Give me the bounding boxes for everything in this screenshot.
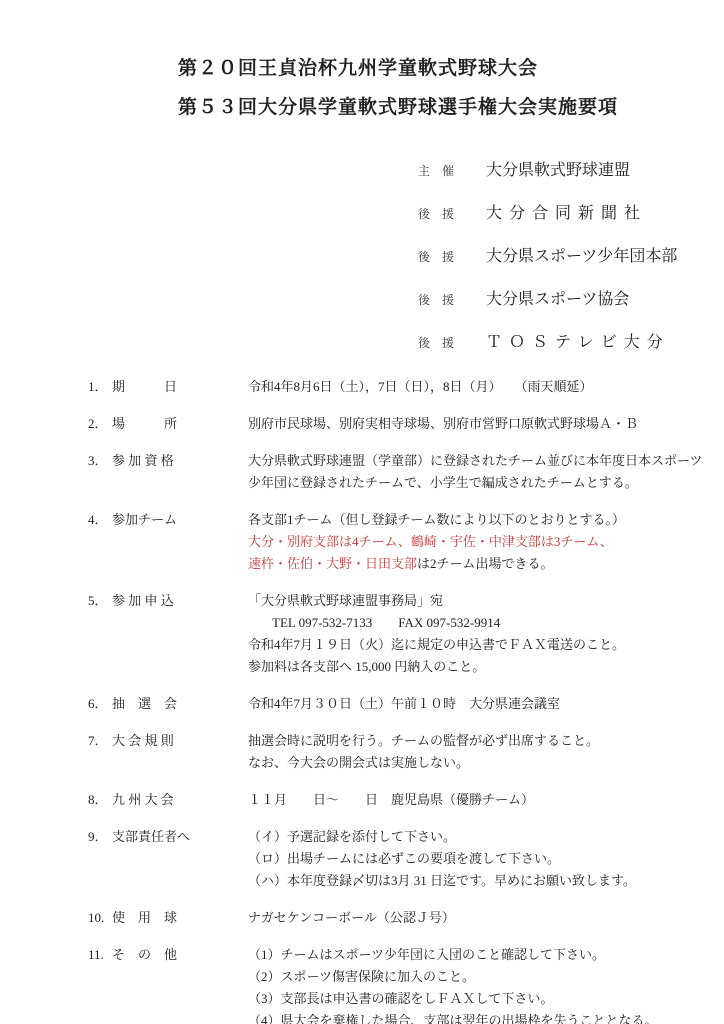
item-content: ナガセケンコーボール（公認Ｊ号） [248, 907, 455, 929]
sponsor-row: 後 援 大分合同新聞社 [418, 200, 724, 223]
item-text-segment: 令和4年7月１９日（火）迄に規定の申込書でＦＡＸ電送のこと。 [248, 637, 625, 652]
document-page: 第２０回王貞治杯九州学童軟式野球大会 第５３回大分県学童軟式野球選手権大会実施要… [0, 0, 724, 1024]
item-text-line: 参加料は各支部へ 15,000 円納入のこと。 [248, 656, 625, 678]
item-text-segment-red: 大分・別府支部は4チーム、鶴崎・宇佐・中津支部は3チーム、 [248, 534, 613, 549]
item-text-segment: 各支部1チーム（但し登録チーム数により以下のとおりとする。） [248, 512, 625, 527]
item-row: 9． 支部責任者へ （イ）予選記録を添付して下さい。 （ロ）出場チームには必ずこ… [88, 826, 724, 892]
item-label: 参 加 資 格 [112, 450, 212, 494]
item-text-line: （1）チームはスポーツ少年団に入団のこと確認して下さい。 [248, 944, 658, 966]
item-text-line: TEL 097-532-7133 FAX 097-532-9914 [248, 612, 625, 634]
item-text-line: （2）スポーツ傷害保険に加入のこと。 [248, 966, 658, 988]
item-text-line: （3）支部長は申込書の確認をしＦＡＸして下さい。 [248, 988, 658, 1010]
item-content: 各支部1チーム（但し登録チーム数により以下のとおりとする。） 大分・別府支部は4… [248, 509, 625, 575]
item-text-line: 大分・別府支部は4チーム、鶴崎・宇佐・中津支部は3チーム、 [248, 531, 625, 553]
item-row: 5． 参 加 申 込 「大分県軟式野球連盟事務局」宛 TEL 097-532-7… [88, 590, 724, 678]
item-text-segment: （3）支部長は申込書の確認をしＦＡＸして下さい。 [248, 991, 554, 1006]
item-label: 参 加 申 込 [112, 590, 212, 678]
item-number: 4． [88, 509, 112, 575]
sponsor-row: 後 援 大分県スポーツ協会 [418, 286, 724, 309]
item-row: 7． 大 会 規 則 抽選会時に説明を行う。チームの監督が必ず出席すること。 な… [88, 730, 724, 774]
item-text-line: ナガセケンコーボール（公認Ｊ号） [248, 907, 455, 929]
sponsor-role-label: 後 援 [418, 334, 462, 351]
sponsor-role-label: 後 援 [418, 248, 462, 265]
item-text-segment: 抽選会時に説明を行う。チームの監督が必ず出席すること。 [248, 733, 599, 748]
item-number: 6． [88, 693, 112, 715]
item-text-segment: 大分県軟式野球連盟（学童部）に登録されたチーム並びに本年度日本スポーツ [248, 453, 702, 468]
item-content: 大分県軟式野球連盟（学童部）に登録されたチーム並びに本年度日本スポーツ 少年団に… [248, 450, 702, 494]
item-text-segment: 「大分県軟式野球連盟事務局」宛 [248, 593, 443, 608]
item-label: 支部責任者へ [112, 826, 212, 892]
item-label: そ の 他 [112, 944, 212, 1024]
item-row: 8． 九 州 大 会 １１月 日～ 日 鹿児島県（優勝チーム） [88, 789, 724, 811]
item-text-segment: （1）チームはスポーツ少年団に入団のこと確認して下さい。 [248, 947, 605, 962]
item-text-segment: は2チーム出場できる。 [417, 556, 554, 571]
sponsor-organization-name: ＴＯＳテレビ大分 [486, 329, 670, 352]
item-text-segment: （ハ）本年度登録〆切は3月 31 日迄です。早めにお願い致します。 [248, 873, 636, 888]
item-row: 10. 使 用 球 ナガセケンコーボール（公認Ｊ号） [88, 907, 724, 929]
item-text-segment: 令和4年8月6日（土），7日（日），8日（月） （雨天順延） [248, 379, 593, 394]
item-content: （イ）予選記録を添付して下さい。 （ロ）出場チームには必ずこの要項を渡して下さい… [248, 826, 636, 892]
item-text-line: （4）県大会を棄権した場合、支部は翌年の出場枠を失うこととなる。 [248, 1010, 658, 1024]
item-label: 場 所 [112, 413, 212, 435]
item-number: 10. [88, 907, 112, 929]
item-text-segment: 令和4年7月３０日（土）午前１０時 大分県連会議室 [248, 696, 560, 711]
item-row: 2． 場 所 別府市民球場、別府実相寺球場、別府市営野口原軟式野球場Ａ・Ｂ [88, 413, 724, 435]
item-text-segment: なお、今大会の開会式は実施しない。 [248, 755, 469, 770]
item-number: 3． [88, 450, 112, 494]
item-text-segment: （イ）予選記録を添付して下さい。 [248, 829, 456, 844]
page-title-line1: 第２０回王貞治杯九州学童軟式野球大会 [178, 56, 724, 82]
item-label: 期 日 [112, 376, 212, 398]
item-text-segment: 少年団に登録されたチームで、小学生で編成されたチームとする。 [248, 475, 638, 490]
sponsor-row: 主 催 大分県軟式野球連盟 [418, 157, 724, 180]
item-text-line: 速杵・佐伯・大野・日田支部は2チーム出場できる。 [248, 553, 625, 575]
item-content: （1）チームはスポーツ少年団に入団のこと確認して下さい。 （2）スポーツ傷害保険… [248, 944, 658, 1024]
sponsor-organization-name: 大分合同新聞社 [486, 200, 647, 223]
item-content: 「大分県軟式野球連盟事務局」宛 TEL 097-532-7133 FAX 097… [248, 590, 625, 678]
item-text-line: １１月 日～ 日 鹿児島県（優勝チーム） [248, 789, 534, 811]
item-row: 4． 参加チーム 各支部1チーム（但し登録チーム数により以下のとおりとする。） … [88, 509, 724, 575]
item-content: 令和4年8月6日（土），7日（日），8日（月） （雨天順延） [248, 376, 593, 398]
sponsor-row: 後 援 ＴＯＳテレビ大分 [418, 329, 724, 352]
item-text-line: 令和4年7月１９日（火）迄に規定の申込書でＦＡＸ電送のこと。 [248, 634, 625, 656]
item-number: 9． [88, 826, 112, 892]
item-text-line: （イ）予選記録を添付して下さい。 [248, 826, 636, 848]
item-label: 九 州 大 会 [112, 789, 212, 811]
item-number: 7． [88, 730, 112, 774]
sponsor-organization-name: 大分県スポーツ少年団本部 [486, 243, 677, 266]
item-number: 1． [88, 376, 112, 398]
item-number: 8． [88, 789, 112, 811]
item-text-segment: （ロ）出場チームには必ずこの要項を渡して下さい。 [248, 851, 560, 866]
sponsor-role-label: 後 援 [418, 291, 462, 308]
item-label: 抽 選 会 [112, 693, 212, 715]
item-text-line: （ロ）出場チームには必ずこの要項を渡して下さい。 [248, 848, 636, 870]
item-label: 大 会 規 則 [112, 730, 212, 774]
item-text-segment-red: 速杵・佐伯・大野・日田支部 [248, 556, 417, 571]
item-text-line: （ハ）本年度登録〆切は3月 31 日迄です。早めにお願い致します。 [248, 870, 636, 892]
item-text-segment: （2）スポーツ傷害保険に加入のこと。 [248, 969, 475, 984]
item-list: 1． 期 日 令和4年8月6日（土），7日（日），8日（月） （雨天順延） 2．… [88, 376, 724, 1024]
item-text-line: 別府市民球場、別府実相寺球場、別府市営野口原軟式野球場Ａ・Ｂ [248, 413, 638, 435]
item-text-segment: １１月 日～ 日 鹿児島県（優勝チーム） [248, 792, 534, 807]
item-text-segment: ナガセケンコーボール（公認Ｊ号） [248, 910, 455, 925]
item-row: 6． 抽 選 会 令和4年7月３０日（土）午前１０時 大分県連会議室 [88, 693, 724, 715]
item-content: 別府市民球場、別府実相寺球場、別府市営野口原軟式野球場Ａ・Ｂ [248, 413, 638, 435]
sponsor-row: 後 援 大分県スポーツ少年団本部 [418, 243, 724, 266]
item-text-segment: 別府市民球場、別府実相寺球場、別府市営野口原軟式野球場Ａ・Ｂ [248, 416, 638, 431]
item-text-line: 「大分県軟式野球連盟事務局」宛 [248, 590, 625, 612]
item-row: 3． 参 加 資 格 大分県軟式野球連盟（学童部）に登録されたチーム並びに本年度… [88, 450, 724, 494]
item-text-segment: 参加料は各支部へ 15,000 円納入のこと。 [248, 659, 485, 674]
item-number: 5． [88, 590, 112, 678]
item-text-line: 令和4年8月6日（土），7日（日），8日（月） （雨天順延） [248, 376, 593, 398]
sponsor-organization-name: 大分県軟式野球連盟 [486, 157, 630, 180]
item-text-line: 令和4年7月３０日（土）午前１０時 大分県連会議室 [248, 693, 560, 715]
sponsor-list: 主 催 大分県軟式野球連盟 後 援 大分合同新聞社 後 援 大分県スポーツ少年団… [418, 157, 724, 352]
item-number: 11. [88, 944, 112, 1024]
item-content: １１月 日～ 日 鹿児島県（優勝チーム） [248, 789, 534, 811]
item-text-line: なお、今大会の開会式は実施しない。 [248, 752, 599, 774]
page-title-line2: 第５３回大分県学童軟式野球選手権大会実施要項 [178, 95, 724, 121]
sponsor-role-label: 後 援 [418, 205, 462, 222]
item-text-segment: TEL 097-532-7133 FAX 097-532-9914 [272, 615, 500, 630]
item-text-line: 抽選会時に説明を行う。チームの監督が必ず出席すること。 [248, 730, 599, 752]
item-text-segment: （4）県大会を棄権した場合、支部は翌年の出場枠を失うこととなる。 [248, 1013, 658, 1024]
item-content: 抽選会時に説明を行う。チームの監督が必ず出席すること。 なお、今大会の開会式は実… [248, 730, 599, 774]
sponsor-role-label: 主 催 [418, 162, 462, 179]
item-label: 参加チーム [112, 509, 212, 575]
item-label: 使 用 球 [112, 907, 212, 929]
item-text-line: 各支部1チーム（但し登録チーム数により以下のとおりとする。） [248, 509, 625, 531]
item-text-line: 大分県軟式野球連盟（学童部）に登録されたチーム並びに本年度日本スポーツ [248, 450, 702, 472]
item-content: 令和4年7月３０日（土）午前１０時 大分県連会議室 [248, 693, 560, 715]
item-text-line: 少年団に登録されたチームで、小学生で編成されたチームとする。 [248, 472, 702, 494]
item-number: 2． [88, 413, 112, 435]
item-row: 11. そ の 他 （1）チームはスポーツ少年団に入団のこと確認して下さい。 （… [88, 944, 724, 1024]
document-titles: 第２０回王貞治杯九州学童軟式野球大会 第５３回大分県学童軟式野球選手権大会実施要… [178, 56, 724, 121]
sponsor-organization-name: 大分県スポーツ協会 [486, 286, 629, 309]
item-row: 1． 期 日 令和4年8月6日（土），7日（日），8日（月） （雨天順延） [88, 376, 724, 398]
